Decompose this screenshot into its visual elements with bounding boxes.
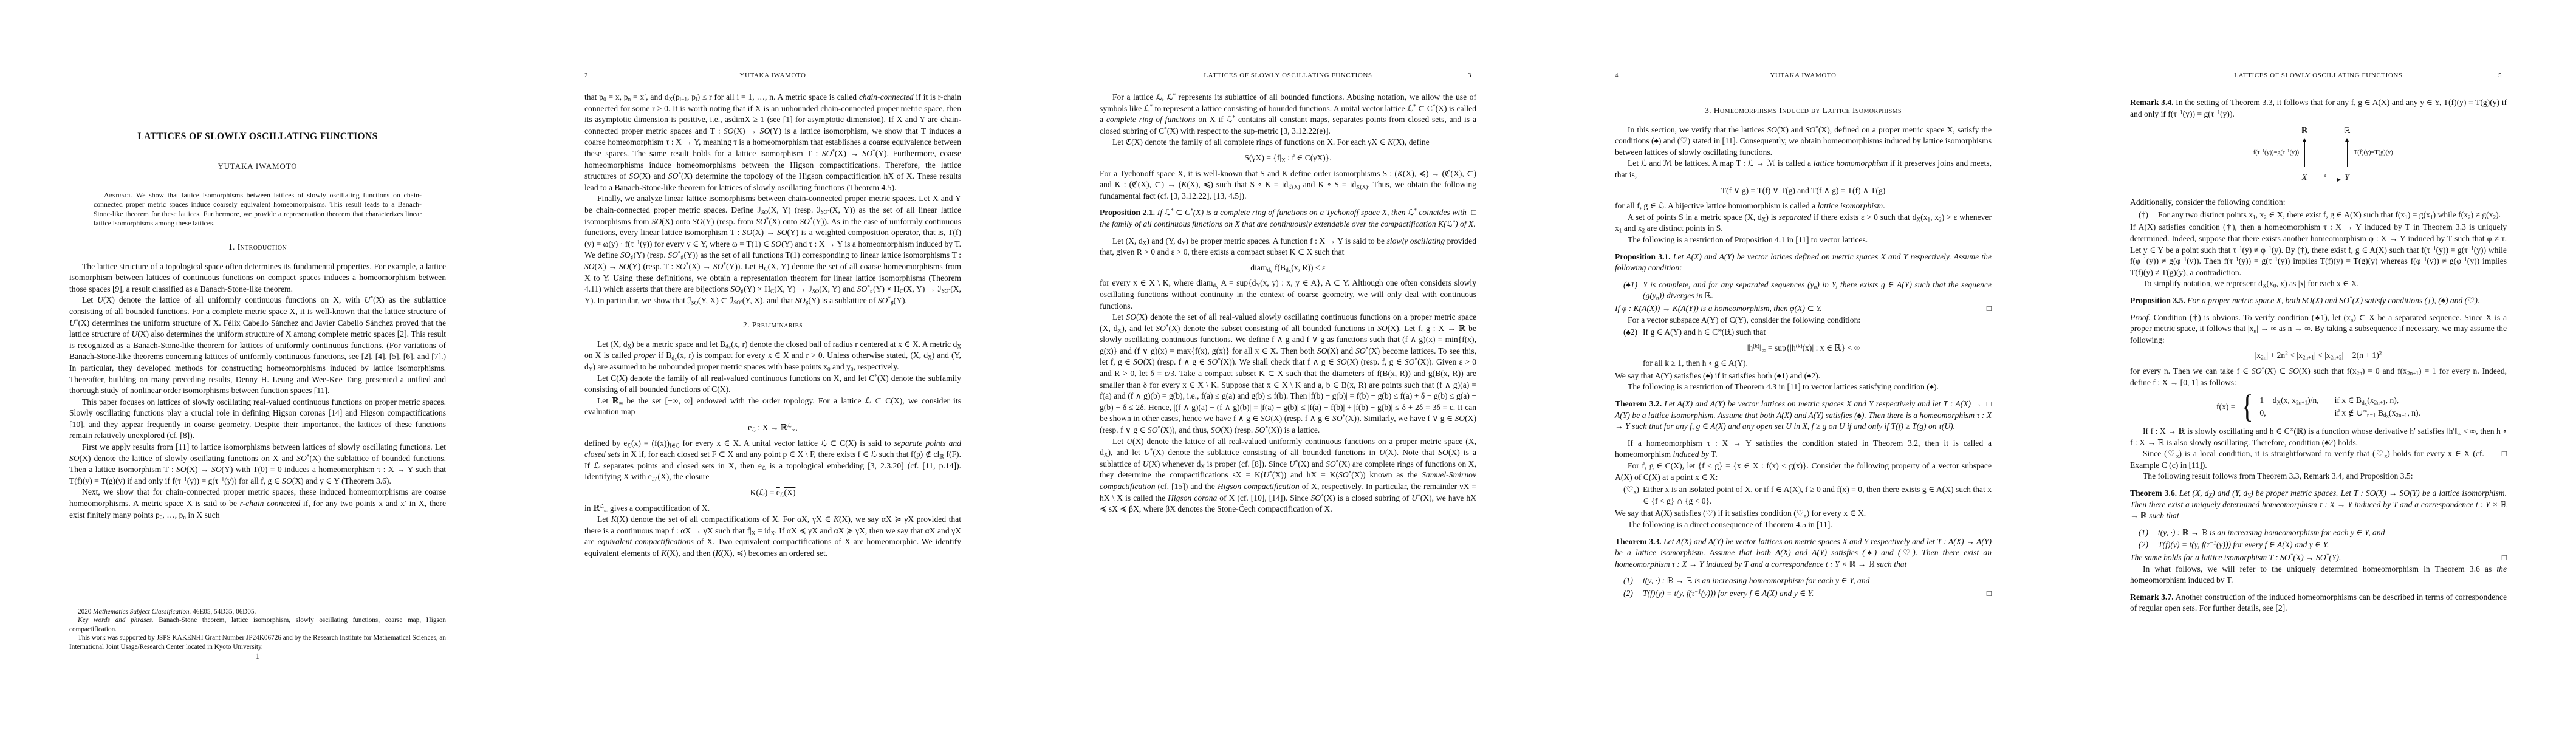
styled-text: K — [1388, 137, 1393, 146]
styled-text: K — [834, 515, 839, 524]
page-body: Remark 3.4. In the setting of Theorem 3.… — [2130, 92, 2507, 620]
cases-brace: { — [2242, 393, 2253, 421]
display-equation: diamdY f(BdX(x, R)) < ε — [1100, 262, 1476, 274]
superscript: * — [1336, 459, 1339, 465]
subscript: 2n — [2357, 370, 2362, 376]
subscript: i−1 — [680, 96, 687, 102]
superscript: * — [1150, 448, 1153, 454]
footnote: 2020 Mathematics Subject Classification.… — [69, 607, 446, 617]
styled-text: U — [1144, 448, 1150, 457]
styled-text: SO — [878, 296, 888, 305]
styled-text: K — [1181, 180, 1187, 189]
subscript: X — [674, 357, 677, 361]
statement-text: Let A(X) and A(Y) be vector lattices on … — [1615, 537, 1992, 569]
subscript: 2n+1 — [2296, 400, 2307, 406]
subscript: dX — [671, 355, 677, 361]
paragraph: in ℝℒ∞ gives a compactification of X. — [584, 503, 961, 515]
subscript: n — [183, 514, 186, 520]
styled-text: SO — [1355, 346, 1366, 355]
styled-text: SO — [724, 126, 734, 135]
styled-text: SO — [1377, 324, 1388, 333]
superscript: ℒ — [787, 422, 792, 428]
paragraph: We say that A(Y) satisfies (♠) if it sat… — [1615, 371, 1992, 382]
running-head-left — [2130, 72, 2139, 80]
superscript: * — [1190, 208, 1193, 214]
subscript: X — [728, 346, 731, 351]
page-column: LATTICES OF SLOWLY OSCILLATING FUNCTIONS… — [1100, 0, 1476, 729]
styled-text: SO — [676, 262, 686, 271]
subscript: 1 — [2253, 214, 2256, 220]
styled-text: the — [2496, 564, 2507, 573]
footnote-block: 2020 Mathematics Subject Classification.… — [69, 603, 446, 652]
paragraph: The following result follows from Theore… — [2130, 471, 2507, 482]
subscript: 0 — [160, 514, 163, 520]
superscript: ∞ — [1718, 327, 1722, 333]
subscript: K(X) — [1356, 183, 1368, 190]
paragraph: First we apply results from [11] to latt… — [69, 442, 446, 487]
paper-title: LATTICES OF SLOWLY OSCILLATING FUNCTIONS — [69, 131, 446, 142]
statement-text: Let (X, dX) and (Y, dY) be proper metric… — [2130, 488, 2507, 520]
subscript: X — [957, 343, 961, 349]
subscript: dX — [2362, 400, 2367, 406]
styled-text: U — [1143, 459, 1149, 468]
superscript: * — [2326, 552, 2329, 558]
superscript: * — [874, 373, 877, 379]
running-head: 4YUTAKA IWAMOTO — [1615, 72, 1992, 80]
superscript: * — [827, 209, 829, 213]
list-item-label: (2) — [1623, 588, 1633, 600]
subscript: X — [2276, 400, 2281, 406]
subscript: SO — [691, 299, 698, 306]
styled-text: K — [1397, 169, 1403, 178]
paragraph: For a vector subspace A(Y) of C(Y), cons… — [1615, 315, 1992, 326]
subscript: 2n+1 — [2303, 355, 2314, 361]
styled-text: Key words and phrases. — [78, 617, 154, 624]
superscript: * — [2349, 295, 2352, 301]
superscript: * — [1218, 357, 1221, 363]
diagram-node-top-right: ℝ — [2338, 125, 2355, 137]
display-equation: T(f ∨ g) = T(f) ∨ T(g) and T(f ∧ g) = T(… — [1615, 185, 1992, 197]
page-column: LATTICES OF SLOWLY OSCILLATING FUNCTIONS… — [2130, 0, 2507, 729]
list-item-text: Either x is an isolated point of X, or i… — [1643, 485, 1992, 505]
styled-text: SO — [1156, 324, 1166, 333]
subscript: Y — [1270, 270, 1273, 274]
subscript: ℒ — [752, 426, 756, 433]
proof-paragraph: Proof. Condition (†) is obvious. To veri… — [2130, 312, 2507, 346]
styled-text: induced by — [1673, 450, 1709, 459]
running-head-title: YUTAKA IWAMOTO — [1623, 72, 1983, 80]
styled-text: K — [1356, 183, 1360, 190]
paragraph: Let (X, dX) be a metric space and let Bd… — [584, 339, 961, 373]
subscript: X — [1118, 327, 1122, 334]
styled-text: SO — [1455, 414, 1465, 423]
subscript: i — [696, 96, 697, 102]
subscript: n — [1656, 295, 1659, 301]
running-head-title: YUTAKA IWAMOTO — [593, 72, 953, 80]
styled-text: U — [131, 329, 137, 338]
cases-cell: if x ∈ BdX(x2n+1, n), — [2335, 395, 2420, 406]
subscript: 2 — [1642, 228, 1645, 234]
running-head-right — [1983, 72, 1992, 80]
styled-text: SO — [857, 284, 868, 293]
paragraph: Additionally, consider the following con… — [2130, 197, 2507, 208]
styled-text: SO — [795, 296, 806, 305]
page-body: For a lattice ℒ, ℒ* represents its subla… — [1100, 92, 1476, 515]
subscript: 2 — [2264, 214, 2267, 220]
superscript: * — [1433, 103, 1436, 109]
subscript: X — [1281, 157, 1286, 163]
statement-label: Proposition 3.5. — [2130, 296, 2185, 305]
theorem: Theorem 3.3. Let A(X) and A(Y) be vector… — [1615, 536, 1992, 570]
subscript: SO — [761, 209, 768, 215]
running-head-title: LATTICES OF SLOWLY OSCILLATING FUNCTIONS — [1108, 72, 1468, 80]
subscript: 2 — [2493, 214, 2496, 220]
paragraph: for every n. Then we can take f ∈ SO*(X)… — [2130, 366, 2507, 388]
paragraph: Finally, we analyze linear lattice isomo… — [584, 193, 961, 306]
list-item-label: (♠1) — [1623, 279, 1637, 291]
subscript: 0 — [851, 366, 854, 372]
styled-text: SO — [760, 126, 770, 135]
styled-text: SO — [2289, 366, 2299, 375]
paragraph: In what follows, we will refer to the un… — [2130, 564, 2507, 586]
styled-text: SO — [1317, 346, 1327, 355]
qed-box: □ — [1471, 207, 1476, 219]
styled-text: SO — [176, 465, 187, 474]
running-head: LATTICES OF SLOWLY OSCILLATING FUNCTIONS… — [1100, 72, 1476, 80]
page-4: 4YUTAKA IWAMOTO3. Homeomorphisms Induced… — [1546, 0, 2061, 729]
footnote-rule — [69, 603, 159, 603]
styled-text: K — [611, 515, 617, 524]
list-item-text: t(y, ·) : ℝ → ℝ is an increasing homeomo… — [1643, 576, 1869, 585]
styled-text: SO — [1438, 448, 1448, 457]
styled-text: SO — [1255, 425, 1266, 434]
superscript: * — [948, 288, 950, 292]
paragraph: This paper focuses on lattices of slowly… — [69, 397, 446, 442]
superscript: * — [1453, 219, 1456, 225]
superscript: * — [1413, 103, 1416, 109]
superscript: −1 — [218, 476, 224, 482]
subscript: 2n+1 — [2407, 370, 2419, 376]
subscript: X — [1762, 216, 1766, 222]
statement-label: Theorem 3.2. — [1615, 399, 1662, 408]
subscript: ∞ — [1762, 347, 1766, 353]
styled-text: SO — [1405, 357, 1415, 366]
theorem: Proposition 3.5. For a proper metric spa… — [2130, 295, 2507, 307]
subscript: X — [1289, 270, 1292, 274]
paragraph: For a Tychonoff space X, it is well-know… — [1100, 168, 1476, 202]
superscript: −1 — [2421, 256, 2427, 262]
styled-text: SO — [821, 209, 827, 215]
superscript: −1 — [181, 476, 187, 482]
qed-box: □ — [2489, 448, 2507, 460]
abstract-label: Abstract. — [104, 191, 132, 199]
subscript: Y — [589, 366, 593, 372]
superscript: * — [307, 453, 310, 459]
subscript: ♯ — [741, 288, 744, 294]
subscript: ℭ(X) — [1288, 183, 1300, 190]
superscript: * — [1295, 459, 1298, 465]
qed-box: □ — [1987, 588, 1992, 600]
list-item-label: (2) — [2139, 539, 2148, 551]
section-heading: 1. Introduction — [69, 242, 446, 253]
superscript: ∞ — [2363, 408, 2367, 414]
page-body: 3. Homeomorphisms Induced by Lattice Iso… — [1615, 92, 1992, 601]
superscript: −1 — [2236, 245, 2242, 251]
superscript: * — [1417, 493, 1420, 499]
styled-text: SO — [1806, 125, 1816, 134]
superscript: * — [1150, 103, 1153, 109]
styled-text: U — [1289, 459, 1295, 468]
styled-text: {g < 0} — [1685, 496, 1710, 505]
cases-equation: f(x) ={1 − dX(x, x2n+1)/n,if x ∈ BdX(x2n… — [2130, 393, 2507, 421]
display-equation: K(ℒ) = eℒ(X) — [584, 487, 961, 499]
subscript: dY — [1267, 267, 1272, 273]
subscript: X — [1201, 463, 1205, 469]
styled-text: SO — [862, 149, 872, 158]
styled-text: SO — [691, 299, 698, 306]
styled-text: Higson corona — [1168, 493, 1217, 502]
subscript: n — [1814, 284, 1817, 290]
paragraph: If f : X → ℝ is slowly oscillating and h… — [2130, 426, 2507, 448]
subscript: ℝ — [939, 454, 944, 460]
paragraph: Let U(X) denote the lattice of all real-… — [1100, 436, 1476, 515]
diagram-arrow-label: τ — [2311, 170, 2340, 182]
styled-text: SO — [1148, 425, 1158, 434]
styled-text: SO — [282, 476, 292, 485]
superscript: * — [686, 261, 689, 267]
subscript: C — [770, 288, 774, 294]
subscript: f∈ℒ — [670, 442, 680, 448]
superscript: * — [741, 299, 742, 304]
list-item: (1)t(y, ·) : ℝ → ℝ is an increasing home… — [2130, 527, 2507, 539]
subscript: C — [900, 288, 903, 294]
diagram-left-label: f(τ−1(y))=g(τ−1(y)) — [2154, 149, 2299, 157]
paragraph: Let ℭ(X) denote the family of all comple… — [1100, 137, 1476, 148]
statement-text: Let A(X) and A(Y) be vector latices defi… — [1615, 252, 1992, 273]
superscript: * — [1164, 126, 1167, 132]
styled-text: SO — [619, 262, 629, 271]
running-head: LATTICES OF SLOWLY OSCILLATING FUNCTIONS… — [2130, 72, 2507, 80]
section-heading: 2. Preliminaries — [584, 320, 961, 331]
paragraph: For a lattice ℒ, ℒ* represents its subla… — [1100, 92, 1476, 137]
list-item-text: for all k ≥ 1, then h ∘ g ∈ A(Y). — [1643, 358, 1748, 368]
styled-text: SO — [2316, 553, 2326, 562]
superscript: −1 — [2177, 109, 2183, 115]
styled-text: SO — [942, 288, 948, 294]
superscript: −1 — [2260, 149, 2264, 154]
page-number: 2 — [584, 72, 593, 80]
subscript: ∞ — [2457, 430, 2461, 436]
subscript: n — [2253, 327, 2256, 334]
subscript: 2n+1 — [2396, 412, 2407, 418]
remark: Remark 3.4. In the setting of Theorem 3.… — [2130, 97, 2507, 120]
list-item: (1)t(y, ·) : ℝ → ℝ is an increasing home… — [1615, 575, 1992, 587]
styled-text: SO — [1767, 125, 1777, 134]
superscript: * — [1269, 470, 1272, 476]
up-arrow — [2304, 142, 2305, 167]
superscript: 2 — [2285, 351, 2288, 357]
page-5: LATTICES OF SLOWLY OSCILLATING FUNCTIONS… — [2061, 0, 2576, 729]
paper-author: YUTAKA IWAMOTO — [69, 161, 446, 173]
subscript: 2n+2 — [2331, 355, 2342, 361]
superscript: * — [656, 476, 657, 481]
superscript: −1 — [2430, 245, 2436, 251]
subscript: SO* — [733, 299, 742, 306]
styled-text: SO — [693, 217, 703, 226]
styled-text: SO — [2366, 488, 2376, 498]
paragraph: If A(X) satisfies condition (†), then a … — [2130, 222, 2507, 278]
arxiv-paper-grid: arXiv:2405.19555v3 [math.GN] 31 Jan 2025… — [0, 0, 2576, 729]
subscript: X — [669, 96, 673, 102]
subscript: SO* — [942, 288, 950, 294]
superscript: * — [75, 318, 78, 324]
styled-text: SO — [2399, 488, 2410, 498]
abstract: Abstract. We show that lattice isomorphi… — [94, 191, 422, 228]
styled-text: lattice homomorphism — [1814, 159, 1888, 168]
qed-box: □ — [1987, 399, 1992, 410]
subscript: x — [2176, 453, 2179, 459]
superscript: −1 — [2180, 256, 2187, 262]
theorem: Theorem 3.6. Let (X, dX) and (Y, dY) be … — [2130, 488, 2507, 522]
up-arrow — [2347, 142, 2348, 167]
page-number: 4 — [1615, 72, 1623, 80]
subscript: X — [2263, 283, 2267, 289]
list-item: (♠1)Y is complete, and for any separated… — [1615, 279, 1992, 302]
subscript: n — [2351, 317, 2354, 323]
remark: Remark 3.7. Another construction of the … — [2130, 592, 2507, 614]
list-item: for all k ≥ 1, then h ∘ g ∈ A(Y). — [1615, 358, 1992, 369]
styled-text: lattice isomorphism — [1818, 201, 1883, 210]
running-head: 2YUTAKA IWAMOTO — [584, 72, 961, 80]
superscript: * — [1232, 115, 1235, 121]
subscript: ♯ — [631, 255, 634, 261]
subscript: 1 — [2430, 214, 2433, 220]
abstract-text: We show that lattice isomorphisms betwee… — [94, 191, 422, 228]
styled-text: K — [716, 549, 721, 558]
styled-text: Higson compactification — [1218, 482, 1300, 491]
statement-text: If ℒ* ⊂ C*(X) is a complete ring of func… — [1100, 208, 1476, 228]
statement-text: In the setting of Theorem 3.3, it follow… — [2130, 98, 2507, 118]
paragraph: We say that A(X) satisfies (♡) if it sat… — [1615, 508, 1992, 519]
styled-text: SO — [733, 299, 740, 306]
styled-text: SO — [69, 454, 80, 463]
cases-cell: 0, — [2259, 408, 2318, 419]
list-item: (♠2)If g ∈ A(Y) and h ∈ C∞(ℝ) such that — [1615, 327, 1992, 338]
display-equation: |x2n| + 2n2 < |x2n+1| < |x2n+2| − 2(n + … — [2130, 350, 2507, 361]
styled-text: SO — [742, 228, 753, 237]
styled-text: SO — [620, 250, 631, 259]
superscript: * — [810, 216, 813, 222]
styled-text: slowly oscillating — [1387, 236, 1445, 245]
superscript: −1 — [2285, 149, 2289, 154]
list-item-label: (1) — [1623, 575, 1633, 587]
paragraph: □The same holds for a lattice isomorphis… — [2130, 552, 2507, 564]
page-body: that p0 = x, pn = x′, and dX(pi−1, pi) ≤… — [584, 92, 961, 560]
superscript: * — [872, 148, 875, 154]
subscript: 2 — [2468, 214, 2471, 220]
qed-box: □ — [2502, 552, 2507, 564]
styled-text: chain-connected — [859, 92, 914, 101]
subscript: 1 — [1927, 216, 1930, 222]
statement-text: Let A(X) and A(Y) be vector lattices on … — [1615, 399, 1992, 431]
diagram-right-label: T(f)(y)=T(g)(y) — [2354, 149, 2487, 157]
styled-text: SO — [1332, 414, 1343, 423]
paragraph: Let C(X) denote the family of all real-v… — [584, 373, 961, 395]
subscript: x — [2385, 453, 2388, 459]
list-item-label: (1) — [2139, 527, 2148, 539]
cases-lhs: f(x) = — [2216, 402, 2235, 413]
theorem: □Theorem 3.2. Let A(X) and A(Y) be vecto… — [1615, 399, 1992, 433]
display-equation: S(γX) = {f|X : f ∈ C(γX)}. — [1100, 152, 1476, 164]
styled-text: SO — [730, 284, 741, 293]
page-1: LATTICES OF SLOWLY OSCILLATING FUNCTIONS… — [0, 0, 515, 729]
subscript: x — [1634, 489, 1637, 495]
styled-text: Mathematics Subject Classification. — [93, 608, 191, 615]
styled-text: SO — [1133, 357, 1143, 366]
subscript: Y — [1256, 282, 1260, 289]
styled-text: SO — [756, 217, 766, 226]
superscript: * — [723, 261, 726, 267]
cases-cell: if x ∉ ∪∞n=1 BdX(x2n+1, n). — [2335, 408, 2420, 419]
superscript: * — [1343, 414, 1346, 420]
subscript: C — [764, 265, 768, 272]
list-item-text: If g ∈ A(Y) and h ∈ C∞(ℝ) such that — [1643, 327, 1766, 337]
list-item-label: (♡x) — [1623, 484, 1639, 496]
paragraph: Let U(X) denote the lattice of all unifo… — [69, 295, 446, 396]
styled-text: U — [97, 295, 103, 304]
styled-text: separated — [1779, 213, 1812, 222]
paragraph: Let K(X) denote the set of all compactif… — [584, 514, 961, 559]
subscript: 2n+1 — [2374, 400, 2386, 406]
subscript: x — [1804, 513, 1807, 519]
superscript: * — [1321, 493, 1324, 499]
list-item: □(2)T(f)(y) = t(y, f(τ−1(y))) for every … — [1615, 588, 1992, 600]
styled-text: U — [1263, 470, 1269, 479]
subscript: n=1 — [2367, 412, 2376, 418]
subscript: X — [752, 530, 756, 536]
styled-text: equivalent compactifications — [598, 537, 694, 546]
subscript: dX — [1286, 267, 1291, 273]
superscript: * — [1414, 208, 1417, 214]
superscript: −1 — [2461, 256, 2467, 262]
subscript: SO* — [821, 209, 829, 215]
subscript: Y — [2247, 492, 2250, 498]
styled-text: U — [69, 318, 75, 327]
superscript: ∞ — [2290, 426, 2294, 432]
styled-text: SO — [1338, 470, 1349, 479]
footnote: This work was supported by JSPS KAKENHI … — [69, 634, 446, 651]
styled-text: SO — [1326, 459, 1336, 468]
paragraph: Let ℒ and ℳ be lattices. A map T : ℒ → ℳ… — [1615, 158, 1992, 180]
superscript: * — [1349, 470, 1352, 476]
styled-text: SO — [1261, 414, 1271, 423]
styled-text: r-chain connected — [240, 499, 301, 508]
statement-text: For a proper metric space X, both SO(X) … — [2187, 296, 2479, 305]
paragraph: Let (X, dX) and (Y, dY) be proper metric… — [1100, 236, 1476, 258]
paragraph: To simplify notation, we represent dX(x0… — [2130, 278, 2507, 290]
styled-text: SO — [800, 217, 810, 226]
cases-rows: 1 − dX(x, x2n+1)/n,if x ∈ BdX(x2n+1, n),… — [2259, 395, 2420, 419]
page-footer-number: 1 — [0, 652, 515, 661]
superscript: * — [1815, 125, 1818, 131]
superscript: (k) — [1753, 343, 1759, 349]
statement-label: Remark 3.4. — [2130, 98, 2174, 107]
page-3: LATTICES OF SLOWLY OSCILLATING FUNCTIONS… — [1030, 0, 1546, 729]
styled-text: SO — [668, 250, 678, 259]
subscript: 2n — [2261, 355, 2266, 361]
superscript: −1 — [2233, 256, 2239, 262]
statement-label: Proposition 2.1. — [1100, 208, 1155, 217]
